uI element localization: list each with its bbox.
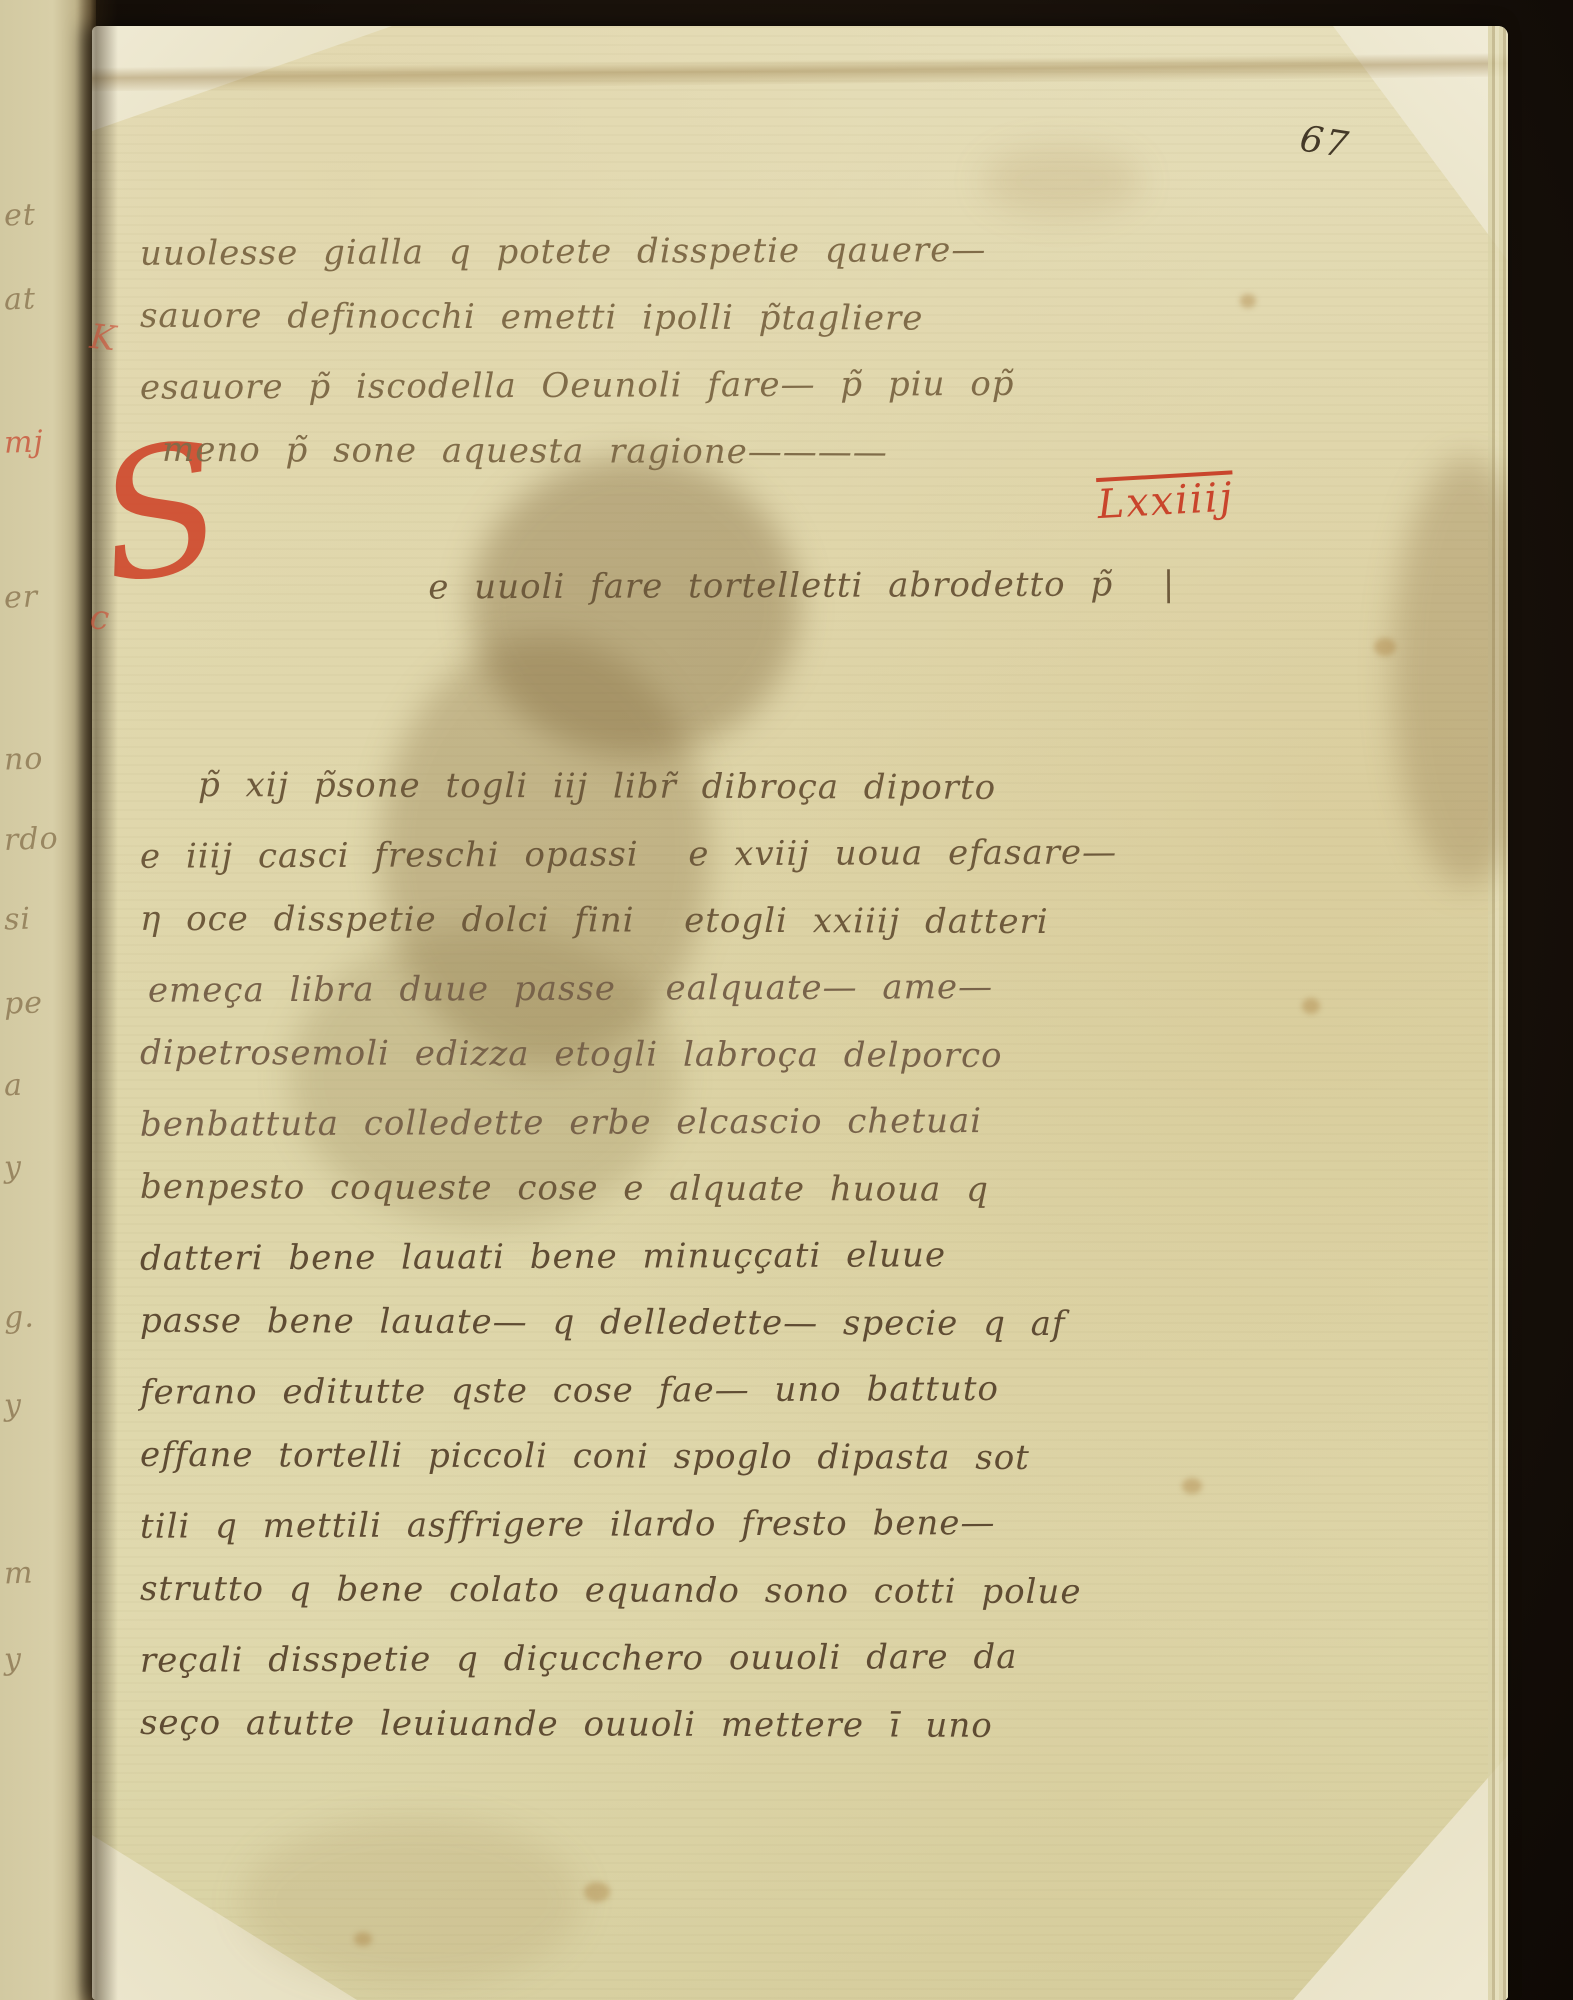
manuscript-line: benpesto coqueste cose e alquate huoua q — [140, 1154, 1380, 1225]
folio-number: 67 — [1297, 118, 1353, 166]
foxing-spot — [354, 1932, 372, 1946]
manuscript-line: esauore p̃ iscodella Oeunoli fare— p̃ pi… — [140, 349, 1380, 421]
margin-fragment: rdo — [3, 821, 59, 858]
manuscript-text-block: uuolesse gialla q potete disspetie qauer… — [140, 218, 1380, 1759]
foxing-spot — [584, 1882, 610, 1902]
page-top-crease — [92, 52, 1508, 91]
manuscript-line: effane tortelli piccoli coni spoglo dipa… — [140, 1422, 1380, 1493]
margin-fragment: no — [3, 741, 44, 777]
manuscript-line: reçali disspetie q diçucchero ouuoli dar… — [140, 1622, 1380, 1694]
manuscript-photo: et at mj er no rdo si pe a y g. y m y K … — [0, 0, 1573, 2000]
margin-fragment: g. — [3, 1299, 35, 1335]
book-gutter: K c — [78, 0, 118, 2000]
manuscript-line: seço atutte leuiuande ouuoli mettere ī u… — [140, 1690, 1380, 1761]
margin-fragment: et — [3, 197, 36, 233]
manuscript-line: e iiij casci freschi opassi e xviij uoua… — [140, 818, 1380, 890]
manuscript-line: benbattuta colledette erbe elcascio chet… — [140, 1086, 1380, 1158]
margin-fragment: y — [3, 1150, 22, 1186]
margin-fragment: pe — [3, 985, 43, 1021]
page-edge-stack — [1488, 26, 1508, 2000]
margin-fragment: y — [3, 1388, 22, 1424]
margin-fragment: a — [3, 1068, 23, 1104]
manuscript-line: datteri bene lauati bene minuççati eluue — [140, 1220, 1380, 1292]
manuscript-line: strutto q bene colato equando sono cotti… — [140, 1556, 1380, 1627]
margin-fragment: er — [3, 579, 38, 615]
manuscript-line: η oce disspetie dolci fini etogli xxiiij… — [140, 886, 1380, 957]
manuscript-line-text: e uuoli fare tortelletti abrodetto p̃ | — [428, 564, 1175, 607]
gutter-fragment-red: c — [88, 597, 111, 639]
corner-fold-bottom-left — [92, 1835, 357, 2000]
margin-fragment: at — [3, 281, 36, 317]
manuscript-line: tili q mettili asffrigere ilardo fresto … — [140, 1488, 1380, 1560]
margin-fragment: si — [3, 902, 31, 938]
corner-fold-bottom-right — [1293, 1755, 1508, 2000]
margin-fragment-red: mj — [3, 424, 44, 460]
margin-fragment: m — [3, 1555, 34, 1591]
manuscript-line: p̃ xij p̃sone togli iij libr̃ dibroça di… — [140, 752, 1380, 823]
water-stain — [982, 146, 1142, 216]
manuscript-line: sauore definocchi emetti ipolli p̃taglie… — [140, 283, 1380, 354]
manuscript-line: uuolesse gialla q potete disspetie qauer… — [140, 215, 1380, 287]
gutter-fragment-red: K — [88, 317, 117, 359]
manuscript-line: dipetrosemoli edizza etogli labroça delp… — [140, 1020, 1380, 1091]
manuscript-line-rubric-start: e uuoli fare tortelletti abrodetto p̃ | … — [139, 483, 1380, 756]
margin-fragment: y — [3, 1642, 22, 1678]
manuscript-line: ferano editutte qste cose fae— uno battu… — [140, 1354, 1380, 1426]
manuscript-line: passe bene lauate— q delledette— specie … — [140, 1288, 1380, 1359]
manuscript-page: 67 S uuolesse gialla q potete disspetie … — [92, 26, 1508, 2000]
manuscript-line: emeça libra duue passe ealquate— ame— — [140, 952, 1380, 1024]
rubric-recipe-number: Lxxiiij — [1096, 464, 1236, 539]
